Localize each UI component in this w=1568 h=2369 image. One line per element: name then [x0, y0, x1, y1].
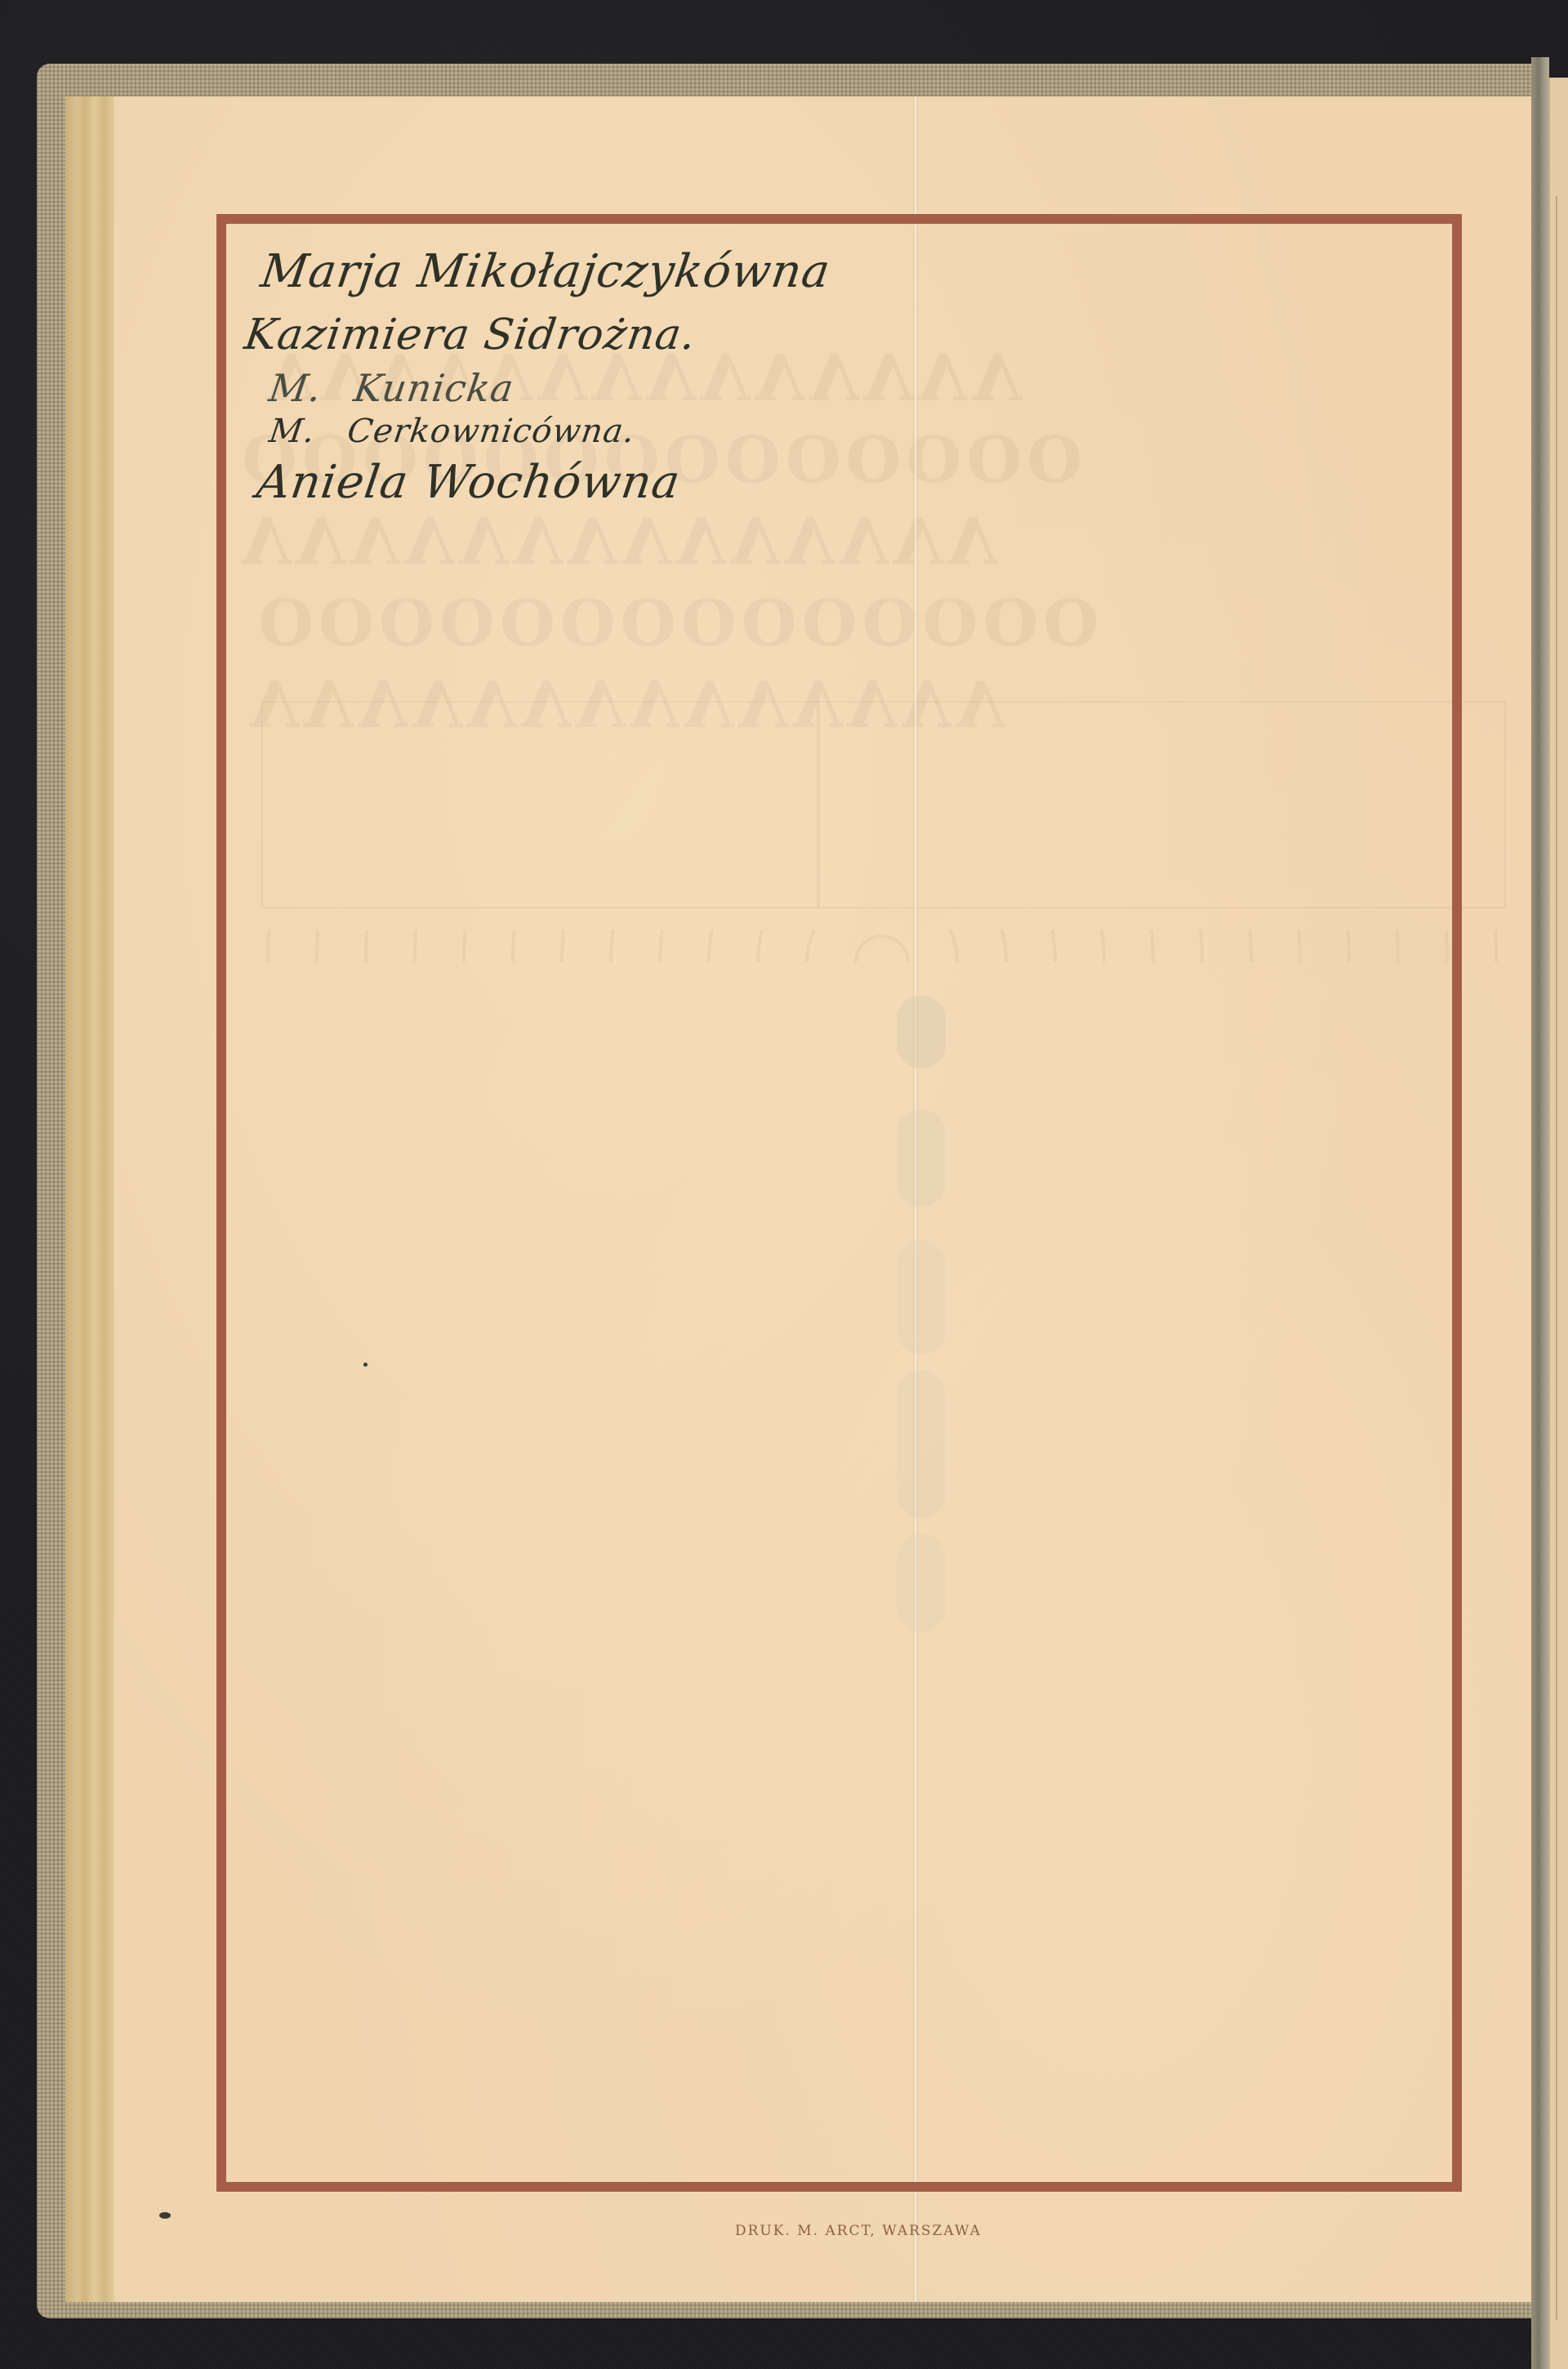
signature-name: Kunicka	[351, 366, 517, 410]
printer-imprint: DRUK. M. ARCT, WARSZAWA	[735, 2223, 982, 2239]
signature-initial: M.	[266, 366, 324, 410]
signature-line: Marja Mikołajczykówna	[257, 245, 834, 298]
ink-speck	[363, 1363, 367, 1367]
signature-name: Aniela Wochówna	[253, 456, 684, 509]
signature-line: M.Kunicka	[266, 366, 517, 410]
ink-blot	[159, 2212, 171, 2219]
facing-page-frame-edge	[1556, 196, 1557, 2320]
signature-line: Kazimiera Sidrożna.	[242, 310, 700, 359]
signature-name: Marja Mikołajczykówna	[257, 245, 834, 298]
signature-name: Cerkownicówna.	[345, 413, 637, 450]
signature-line: Aniela Wochówna	[253, 456, 684, 509]
facing-page-edge	[1549, 78, 1568, 2369]
signature-name: Kazimiera Sidrożna.	[242, 310, 700, 359]
printed-red-frame	[216, 214, 1462, 2192]
signature-initial: M.	[267, 413, 318, 450]
book-gutter	[1531, 57, 1549, 2369]
signature-line: M.Cerkownicówna.	[267, 413, 638, 450]
